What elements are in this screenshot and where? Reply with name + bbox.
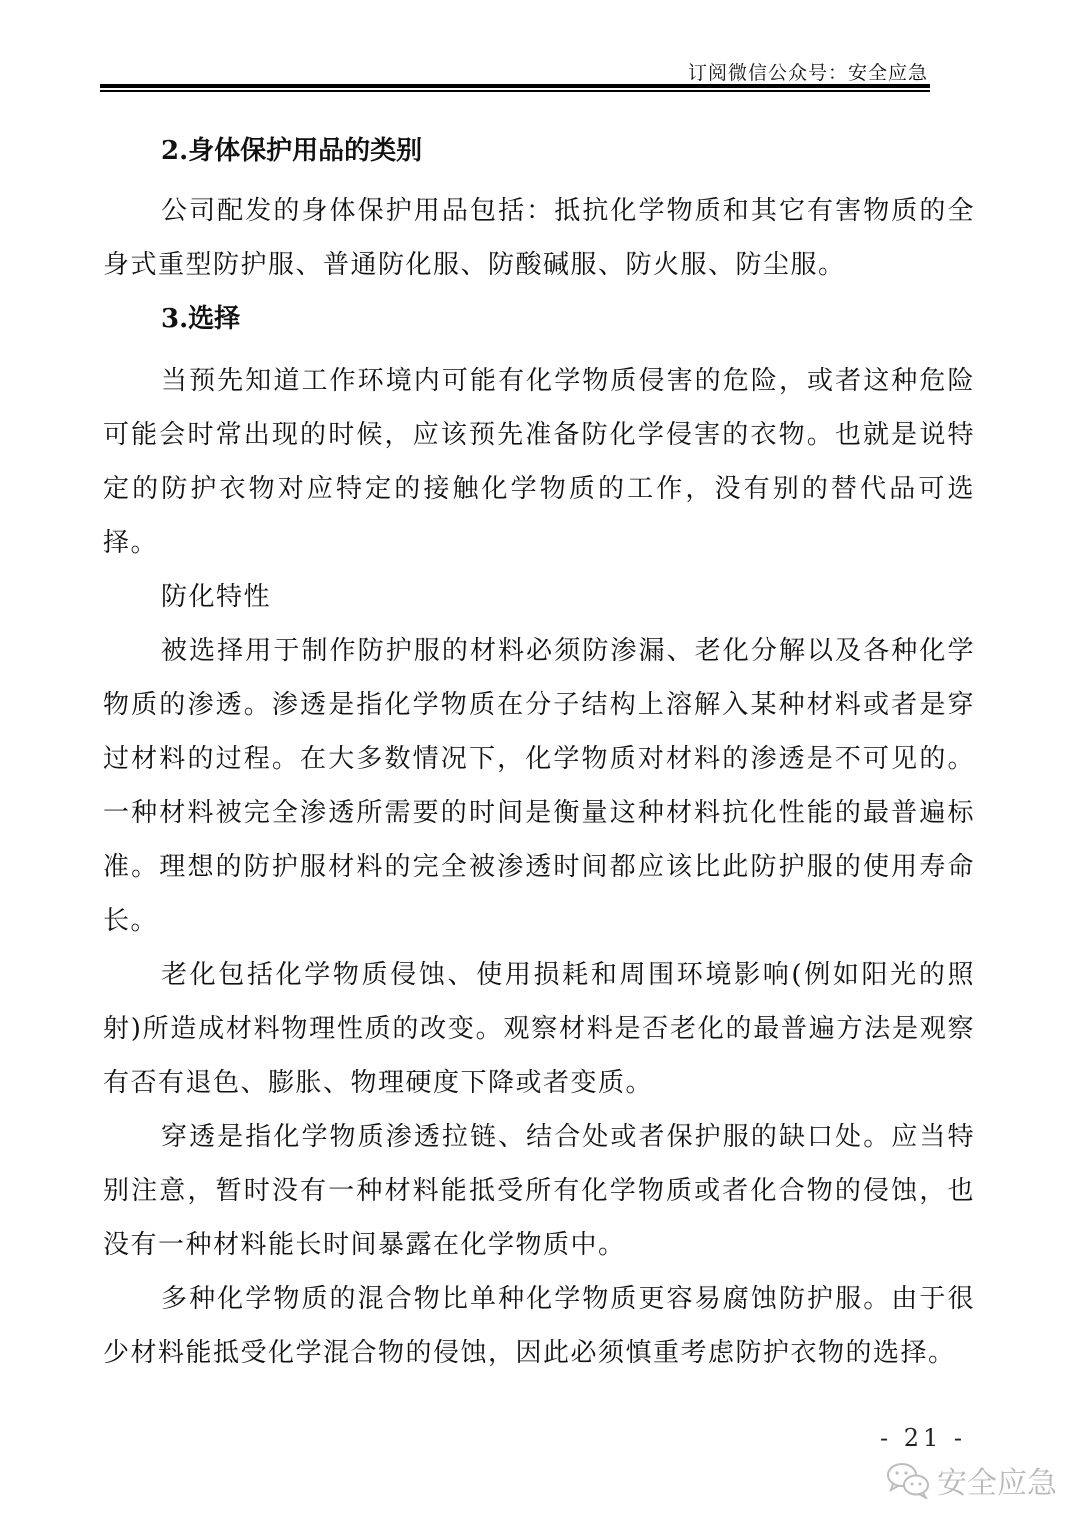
page-number: - 21 - bbox=[880, 1424, 966, 1452]
section-heading-selection: 3.选择 bbox=[103, 292, 975, 346]
wechat-icon bbox=[885, 1461, 931, 1499]
section-heading-categories: 2.身体保护用品的类别 bbox=[103, 124, 975, 178]
paragraph-penetration: 穿透是指化学物质渗透拉链、结合处或者保护服的缺口处。应当特别注意，暂时没有一种材… bbox=[103, 1110, 975, 1272]
paragraph-permeation: 被选择用于制作防护服的材料必须防渗漏、老化分解以及各种化学物质的渗透。渗透是指化… bbox=[103, 624, 975, 948]
header-subscribe-text: 订阅微信公众号：安全应急 bbox=[688, 58, 928, 85]
paragraph-mixtures: 多种化学物质的混合物比单种化学物质更容易腐蚀防护服。由于很少材料能抵受化学混合物… bbox=[103, 1272, 975, 1380]
header-rule-thick bbox=[100, 84, 930, 88]
document-body: 2.身体保护用品的类别 公司配发的身体保护用品包括：抵抗化学物质和其它有害物质的… bbox=[103, 124, 975, 1380]
watermark: 安全应急 bbox=[885, 1458, 1057, 1502]
watermark-text: 安全应急 bbox=[937, 1458, 1057, 1502]
paragraph-selection: 当预先知道工作环境内可能有化学物质侵害的危险，或者这种危险可能会时常出现的时候，… bbox=[103, 354, 975, 570]
paragraph-degradation: 老化包括化学物质侵蚀、使用损耗和周围环境影响(例如阳光的照射)所造成材料物理性质… bbox=[103, 948, 975, 1110]
subheading-chemical-resistance: 防化特性 bbox=[103, 570, 975, 624]
paragraph-categories: 公司配发的身体保护用品包括：抵抗化学物质和其它有害物质的全身式重型防护服、普通防… bbox=[103, 184, 975, 292]
header-rule-thin bbox=[100, 90, 930, 92]
